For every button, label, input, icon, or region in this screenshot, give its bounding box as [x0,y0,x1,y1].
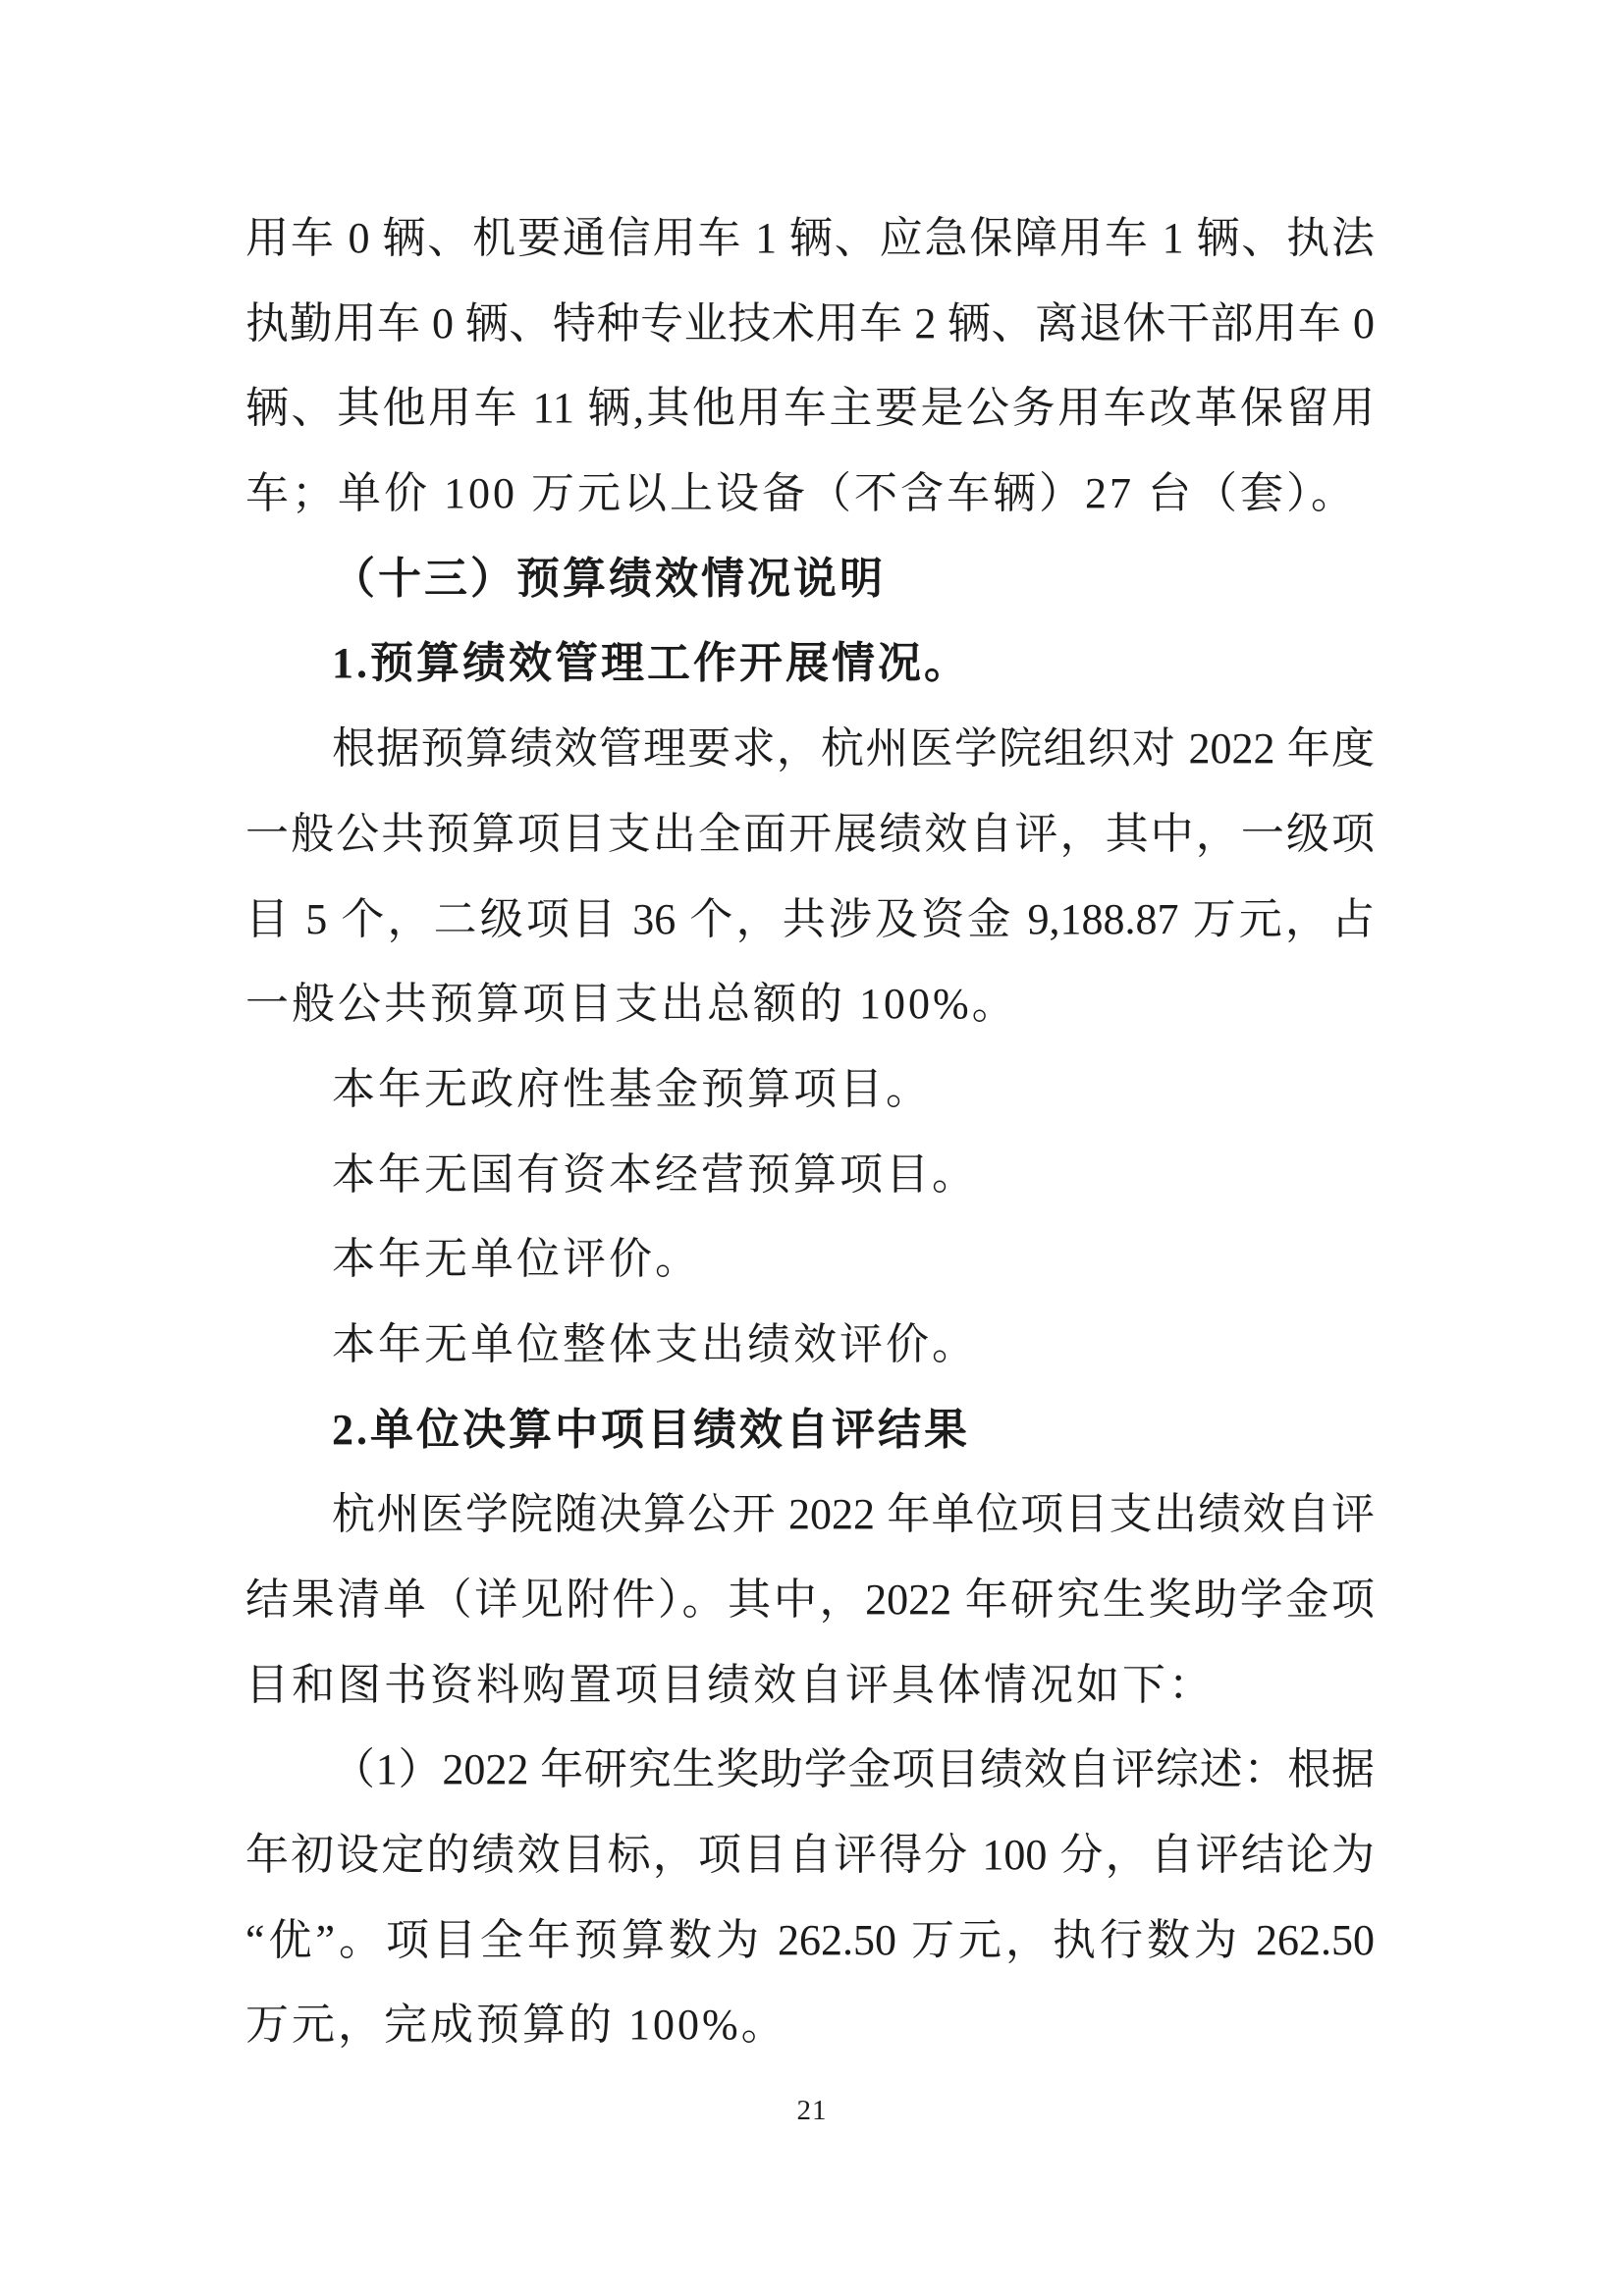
body-line: “优”。项目全年预算数为 262.50 万元，执行数为 262.50 [245,1898,1375,1984]
body-line: 年初设定的绩效目标，项目自评得分 100 分，自评结论为 [245,1813,1375,1898]
body-line: 本年无单位整体支出绩效评价。 [245,1303,1375,1388]
subsection-heading: 2.单位决算中项目绩效自评结果 [245,1388,1375,1473]
body-line: 执勤用车 0 辆、特种专业技术用车 2 辆、离退休干部用车 0 [245,282,1375,367]
page-number: 21 [0,2093,1624,2128]
body-line: 目和图书资料购置项目绩效自评具体情况如下： [245,1643,1375,1729]
body-line: （1）2022 年研究生奖助学金项目绩效自评综述：根据 [245,1728,1375,1813]
body-line: 结果清单（详见附件）。其中，2022 年研究生奖助学金项 [245,1558,1375,1643]
document-page: 用车 0 辆、机要通信用车 1 辆、应急保障用车 1 辆、执法 执勤用车 0 辆… [0,0,1624,2296]
body-line: 一般公共预算项目支出总额的 100%。 [245,962,1375,1047]
body-line: 本年无政府性基金预算项目。 [245,1047,1375,1133]
body-line: 本年无单位评价。 [245,1217,1375,1303]
body-line: 万元，完成预算的 100%。 [245,1983,1375,2068]
body-line: 一般公共预算项目支出全面开展绩效自评，其中，一级项 [245,792,1375,878]
body-line: 车；单价 100 万元以上设备（不含车辆）27 台（套）。 [245,452,1375,537]
body-line: 目 5 个，二级项目 36 个，共涉及资金 9,188.87 万元，占 [245,878,1375,963]
subsection-heading: 1.预算绩效管理工作开展情况。 [245,621,1375,707]
body-line: 用车 0 辆、机要通信用车 1 辆、应急保障用车 1 辆、执法 [245,196,1375,282]
document-text-block: 用车 0 辆、机要通信用车 1 辆、应急保障用车 1 辆、执法 执勤用车 0 辆… [245,196,1375,2068]
body-line: 本年无国有资本经营预算项目。 [245,1133,1375,1218]
body-line: 辆、其他用车 11 辆,其他用车主要是公务用车改革保留用 [245,366,1375,452]
body-line: 杭州医学院随决算公开 2022 年单位项目支出绩效自评 [245,1472,1375,1558]
body-line: 根据预算绩效管理要求，杭州医学院组织对 2022 年度 [245,707,1375,792]
section-heading: （十三）预算绩效情况说明 [245,537,1375,622]
